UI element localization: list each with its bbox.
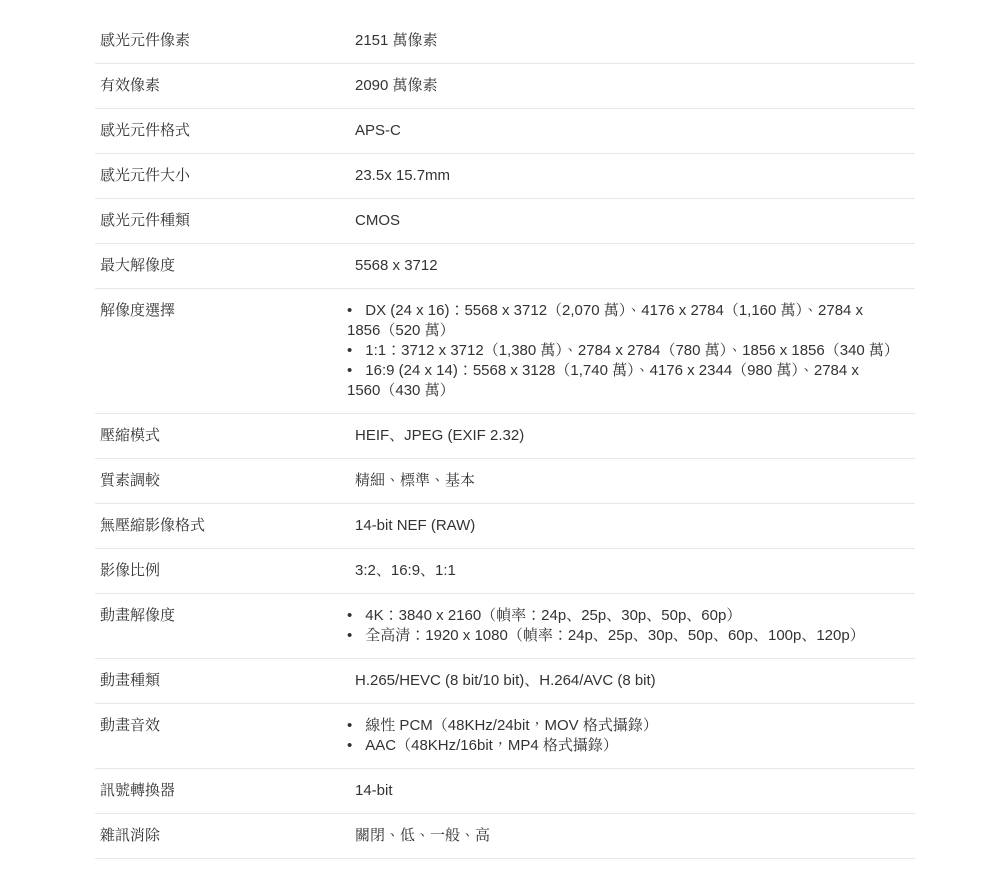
- spec-row-label: 感光元件像素: [95, 31, 347, 51]
- bullet-item: 4K：3840 x 2160（幀率：24p、25p、30p、50p、60p）: [347, 606, 895, 626]
- spec-row: 訊號轉換器 14-bit: [95, 769, 915, 814]
- spec-row: 動畫解像度 4K：3840 x 2160（幀率：24p、25p、30p、50p、…: [95, 594, 915, 659]
- spec-row-value: DX (24 x 16)：5568 x 3712（2,070 萬）、4176 x…: [347, 301, 907, 401]
- spec-row-label: 雜訊消除: [95, 826, 347, 846]
- spec-row: 影像比例 3:2、16:9、1:1: [95, 549, 915, 594]
- spec-row-value: 4K：3840 x 2160（幀率：24p、25p、30p、50p、60p）全高…: [347, 606, 907, 646]
- spec-row-label: 質素調較: [95, 471, 347, 491]
- spec-row: 感光元件種類 CMOS: [95, 199, 915, 244]
- spec-page: 感光元件像素 2151 萬像素 有效像素 2090 萬像素 感光元件格式 APS…: [0, 0, 1000, 890]
- spec-row-label: 訊號轉換器: [95, 781, 347, 801]
- spec-row-label: 解像度選擇: [95, 301, 347, 321]
- spec-row: 壓縮模式 HEIF、JPEG (EXIF 2.32): [95, 414, 915, 459]
- bullet-item: AAC（48KHz/16bit，MP4 格式攝錄）: [347, 736, 895, 756]
- spec-row-label: 動畫音效: [95, 716, 347, 736]
- spec-row: 動畫種類 H.265/HEVC (8 bit/10 bit)、H.264/AVC…: [95, 659, 915, 704]
- spec-row-value: 關閉、低、一般、高: [347, 826, 907, 846]
- spec-row: 動畫音效 線性 PCM（48KHz/24bit，MOV 格式攝錄）AAC（48K…: [95, 704, 915, 769]
- spec-row-label: 動畫解像度: [95, 606, 347, 626]
- spec-row-label: 感光元件種類: [95, 211, 347, 231]
- spec-row: 質素調較 精細、標準、基本: [95, 459, 915, 504]
- spec-table: 感光元件像素 2151 萬像素 有效像素 2090 萬像素 感光元件格式 APS…: [95, 19, 915, 859]
- bullet-item: 1:1：3712 x 3712（1,380 萬）、2784 x 2784（780…: [347, 341, 895, 361]
- spec-row-label: 壓縮模式: [95, 426, 347, 446]
- spec-row-value: APS-C: [347, 121, 907, 141]
- spec-row-value: 線性 PCM（48KHz/24bit，MOV 格式攝錄）AAC（48KHz/16…: [347, 716, 907, 756]
- spec-row: 解像度選擇 DX (24 x 16)：5568 x 3712（2,070 萬）、…: [95, 289, 915, 414]
- bullet-list: 線性 PCM（48KHz/24bit，MOV 格式攝錄）AAC（48KHz/16…: [347, 716, 895, 756]
- spec-row-value: 5568 x 3712: [347, 256, 907, 276]
- spec-row-value: 3:2、16:9、1:1: [347, 561, 907, 581]
- spec-row-label: 無壓縮影像格式: [95, 516, 347, 536]
- spec-row-value: CMOS: [347, 211, 907, 231]
- spec-row: 感光元件大小 23.5x 15.7mm: [95, 154, 915, 199]
- spec-row: 雜訊消除 關閉、低、一般、高: [95, 814, 915, 859]
- spec-row-value: 14-bit: [347, 781, 907, 801]
- spec-row-label: 影像比例: [95, 561, 347, 581]
- spec-row: 無壓縮影像格式 14-bit NEF (RAW): [95, 504, 915, 549]
- bullet-list: 4K：3840 x 2160（幀率：24p、25p、30p、50p、60p）全高…: [347, 606, 895, 646]
- spec-row: 感光元件格式 APS-C: [95, 109, 915, 154]
- spec-row-value: 14-bit NEF (RAW): [347, 516, 907, 536]
- spec-row: 最大解像度 5568 x 3712: [95, 244, 915, 289]
- bullet-item: DX (24 x 16)：5568 x 3712（2,070 萬）、4176 x…: [347, 301, 895, 341]
- spec-row-value: 23.5x 15.7mm: [347, 166, 907, 186]
- bullet-item: 線性 PCM（48KHz/24bit，MOV 格式攝錄）: [347, 716, 895, 736]
- spec-row-label: 感光元件大小: [95, 166, 347, 186]
- spec-row-label: 感光元件格式: [95, 121, 347, 141]
- spec-row: 有效像素 2090 萬像素: [95, 64, 915, 109]
- spec-row-label: 最大解像度: [95, 256, 347, 276]
- spec-row-label: 動畫種類: [95, 671, 347, 691]
- bullet-list: DX (24 x 16)：5568 x 3712（2,070 萬）、4176 x…: [347, 301, 895, 401]
- spec-row-label: 有效像素: [95, 76, 347, 96]
- spec-row-value: 2090 萬像素: [347, 76, 907, 96]
- spec-row-value: 2151 萬像素: [347, 31, 907, 51]
- spec-row-value: H.265/HEVC (8 bit/10 bit)、H.264/AVC (8 b…: [347, 671, 907, 691]
- spec-row-value: 精細、標準、基本: [347, 471, 907, 491]
- spec-row-value: HEIF、JPEG (EXIF 2.32): [347, 426, 907, 446]
- bullet-item: 全高清：1920 x 1080（幀率：24p、25p、30p、50p、60p、1…: [347, 626, 895, 646]
- bullet-item: 16:9 (24 x 14)：5568 x 3128（1,740 萬）、4176…: [347, 361, 895, 401]
- spec-row: 感光元件像素 2151 萬像素: [95, 19, 915, 64]
